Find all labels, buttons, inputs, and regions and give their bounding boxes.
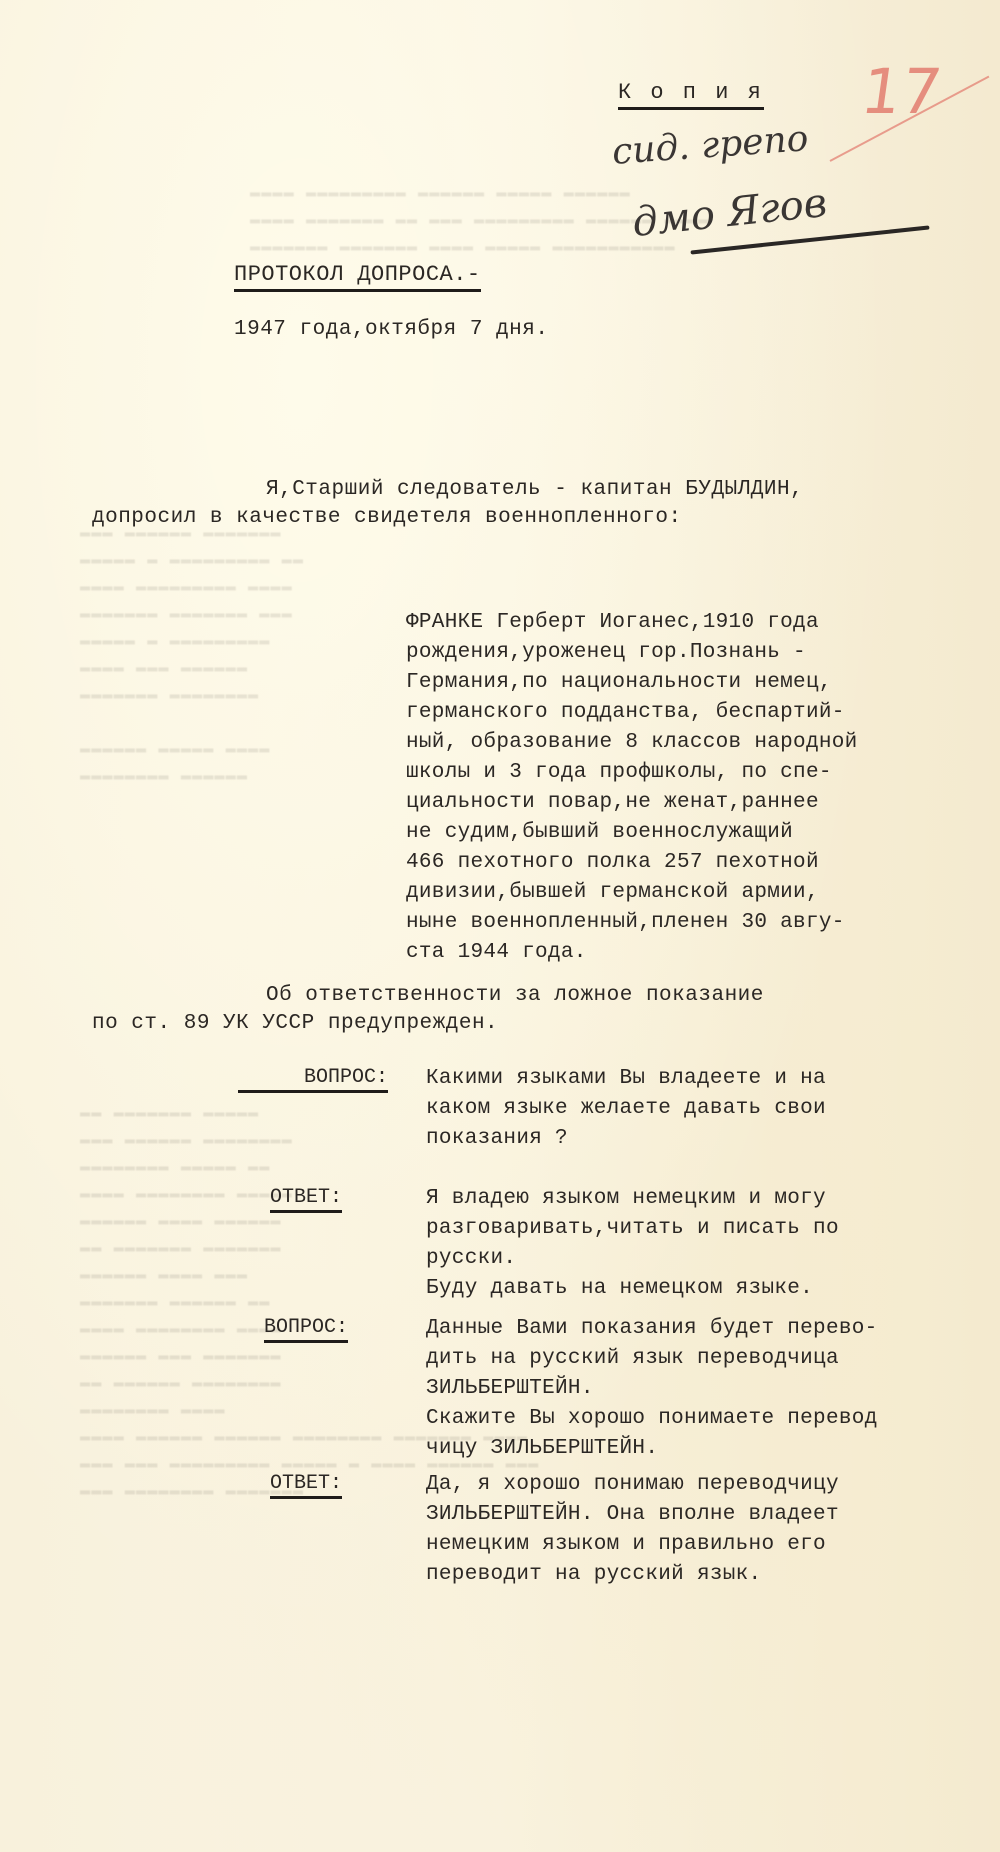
- answer-text-line: Какими языками Вы владеете и на: [426, 1064, 826, 1094]
- intro-line: допросил в качестве свидетеля военноплен…: [92, 506, 682, 529]
- document-title: ПРОТОКОЛ ДОПРОСА.-: [234, 262, 481, 292]
- witness-info-line: ФРАНКЕ Герберт Иоганес,1910 года: [406, 608, 819, 638]
- witness-info-line: ста 1944 года.: [406, 938, 587, 968]
- witness-info-line: ный, образование 8 классов народной: [406, 728, 858, 758]
- answer-text-line: разговаривать,читать и писать по: [426, 1214, 839, 1244]
- witness-info-line: дивизии,бывшей германской армии,: [406, 878, 819, 908]
- page-number-mark: 17: [857, 55, 946, 128]
- answer-text-line: Да, я хорошо понимаю переводчицу: [426, 1470, 839, 1500]
- answer-text-line: дить на русский язык переводчица: [426, 1344, 839, 1374]
- witness-info-line: ныне военнопленный,пленен 30 авгу-: [406, 908, 845, 938]
- answer-text-line: Буду давать на немецком языке.: [426, 1274, 813, 1304]
- answer-text-line: ЗИЛЬБЕРШТЕЙН. Она вполне владеет: [426, 1500, 839, 1530]
- copy-stamp: К о п и я: [618, 80, 764, 110]
- answer-text-line: показания ?: [426, 1124, 568, 1154]
- answer-text-line: Скажите Вы хорошо понимаете перевод: [426, 1404, 878, 1434]
- witness-info-line: циальности повар,не женат,раннее: [406, 788, 819, 818]
- warning-line: Об ответственности за ложное показание: [266, 984, 764, 1007]
- answer-label: ОТВЕТ:: [270, 1472, 342, 1499]
- answer-label: ОТВЕТ:: [270, 1186, 342, 1213]
- intro-line: Я,Старший следователь - капитан БУДЫЛДИН…: [266, 478, 803, 501]
- answer-text-line: Я владею языком немецким и могу: [426, 1184, 826, 1214]
- witness-info-line: 466 пехотного полка 257 пехотной: [406, 848, 819, 878]
- witness-info-line: не судим,бывший военнослужащий: [406, 818, 793, 848]
- answer-text-line: немецким языком и правильно его: [426, 1530, 826, 1560]
- answer-text-line: русски.: [426, 1244, 516, 1274]
- answer-text-line: Данные Вами показания будет перево-: [426, 1314, 878, 1344]
- answer-text-line: каком языке желаете давать свои: [426, 1094, 826, 1124]
- question-label: ВОПРОС:: [238, 1066, 388, 1093]
- warning-line: по ст. 89 УК УССР предупрежден.: [92, 1012, 498, 1035]
- witness-info-line: германского подданства, беспартий-: [406, 698, 845, 728]
- answer-text-line: ЗИЛЬБЕРШТЕЙН.: [426, 1374, 594, 1404]
- witness-info-line: школы и 3 года профшколы, по спе-: [406, 758, 832, 788]
- answer-text-line: переводит на русский язык.: [426, 1560, 761, 1590]
- witness-info-line: рождения,уроженец гор.Познань -: [406, 638, 806, 668]
- answer-text-line: чицу ЗИЛЬБЕРШТЕЙН.: [426, 1434, 658, 1464]
- document-date: 1947 года,октября 7 дня.: [234, 318, 548, 341]
- witness-info-line: Германия,по национальности немец,: [406, 668, 832, 698]
- question-label: ВОПРОС:: [264, 1316, 348, 1343]
- bleed-through-text: ▬▬▬ ▬▬▬▬▬▬ ▬▬▬▬▬▬▬ ▬▬▬▬▬ ▬ ▬▬▬▬▬▬▬▬▬ ▬▬ …: [80, 520, 304, 790]
